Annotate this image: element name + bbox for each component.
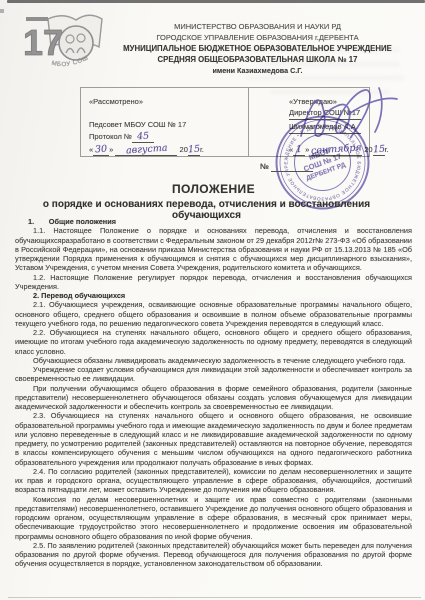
document-title: ПОЛОЖЕНИЕ <box>15 182 412 196</box>
paragraph: 1.2. Настоящие Положение регулирует поря… <box>15 273 412 292</box>
document-number-field: № <box>260 162 313 172</box>
letterhead-line: СРЕДНЯЯ ОБЩЕОБРАЗОВАТЕЛЬНАЯ ШКОЛА № 17 <box>95 54 420 65</box>
scan-edge-top <box>7 0 425 3</box>
paragraph: 2.4. По согласию родителей (законных пре… <box>15 467 412 495</box>
reviewed-date-line: «30» августа 2015г. <box>89 144 204 156</box>
paragraph: 2.1. Обучающиеся учреждения, осваивающие… <box>15 300 412 328</box>
paragraph: 2.5. По заявлению родителей (законных пр… <box>15 541 412 569</box>
scan-edge-bottom <box>8 597 421 598</box>
letterhead: МИНИСТЕРСТВО ОБРАЗОВАНИЯ И НАУКИ РД ГОРО… <box>95 21 420 76</box>
letterhead-line: МИНИСТЕРСТВО ОБРАЗОВАНИЯ И НАУКИ РД <box>95 21 420 32</box>
document-body: 1. Общие положения1.1. Настоящее Положен… <box>15 217 412 569</box>
paragraph: При получении обучающимся общего образов… <box>15 384 412 412</box>
scanned-document-page: 17 МБОУ СОШ МИНИСТЕРСТВО ОБРАЗОВАНИЯ И Н… <box>0 0 425 600</box>
paragraph: 2.2. Обучающиеся на ступенях начального … <box>15 328 412 356</box>
year-suffix: г. <box>200 145 204 154</box>
bleed-artifact <box>246 76 404 80</box>
paragraph: Обучающиеся обязаны ликвидировать академ… <box>15 356 412 365</box>
letterhead-line: МУНИЦИПАЛЬНОЕ БЮДЖЕТНОЕ ОБРАЗОВАТЕЛЬНОЕ … <box>95 43 420 54</box>
protocol-line: Протокол №45 <box>89 131 154 143</box>
logo-number: 17 <box>23 22 63 63</box>
year-prefix: 20 <box>180 145 188 154</box>
approved-title: «Утверждаю» <box>289 97 337 106</box>
handwritten-year: 15 <box>188 144 201 156</box>
protocol-label: Протокол № <box>89 132 132 141</box>
reviewed-box: «Рассмотрено» Педсовет МБОУ СОШ № 17 Про… <box>81 88 249 156</box>
section-heading: 1. Общие положения <box>15 217 412 226</box>
handwritten-day: 30 <box>95 144 108 156</box>
handwritten-year: 15 <box>372 144 385 156</box>
school-logo: 17 МБОУ СОШ <box>22 13 106 73</box>
letterhead-line: имени Казиахмедова С.Г. <box>95 65 420 76</box>
paragraph: Комиссия по делам несовершеннолетних и з… <box>15 495 412 541</box>
reviewed-org: Педсовет МБОУ СОШ № 17 <box>89 120 186 129</box>
paragraph: 1.1. Настоящее Положение о порядке и осн… <box>15 226 412 272</box>
number-label: № <box>260 162 269 171</box>
paragraph: Учреждение создает условия обучающимся д… <box>15 365 412 384</box>
quote-close: » <box>109 145 113 154</box>
letterhead-line: ГОРОДСКОЕ УПРАВЛЕНИЕ ОБРАЗОВАНИЯ г.ДЕРБЕ… <box>95 32 420 43</box>
section-heading: 2. Перевод обучающихся <box>15 291 412 300</box>
reviewed-title: «Рассмотрено» <box>89 97 143 106</box>
handwritten-protocol-number: 45 <box>137 131 150 143</box>
handwritten-month: августа <box>125 143 167 157</box>
scan-edge-mark <box>0 9 4 13</box>
paragraph: 2.3. Обучающиеся на ступенях начального … <box>15 411 412 467</box>
